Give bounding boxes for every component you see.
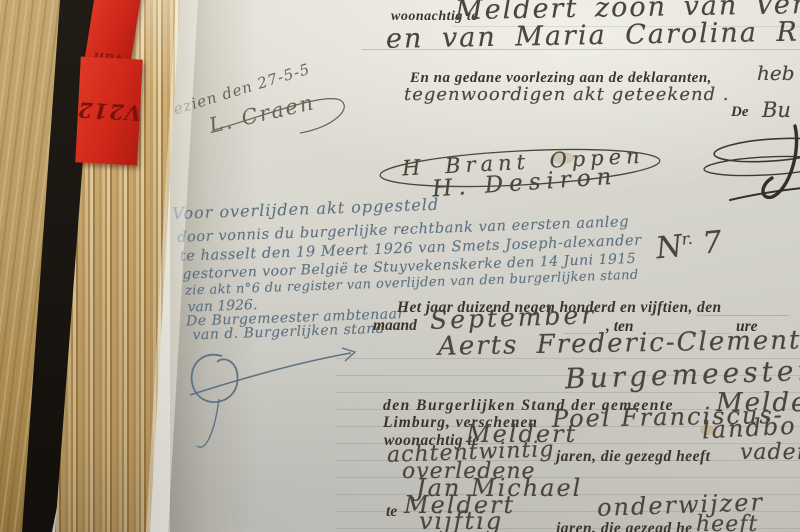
act-number-sup: r. [681,229,694,249]
blue-signature-stroke [190,353,351,395]
blue-signature-arrowhead [342,348,355,361]
handwritten-age2: vijftig [419,507,503,532]
act-number-value: 7 [701,225,724,262]
handwritten-signed-clause: tegenwoordigen akt geteekend . [404,84,730,105]
right-signature-underline [730,187,800,200]
red-tab-v212: V212 [75,56,142,165]
handwritten-relation: vader [740,440,800,465]
right-signature-loop [704,154,800,178]
act-number-prefix: N [654,229,684,267]
handwritten-age2-written: heeft [696,512,758,532]
act-number: Nr. 7 [654,225,723,267]
photo: woonachtig te Meldert zoon van Ven en va… [0,0,800,532]
right-signature-loop [713,135,800,165]
right-signature-stem [763,126,797,197]
blue-note-line1: Voor overlijden akt opgesteld [172,195,439,223]
printed-te: te [386,503,397,521]
printed-age-suffix: jaren, die gezegd heeft [556,448,710,466]
handwritten-mother-line: en van Maria Carolina Ro [386,16,800,55]
printed-age2-suffix: jaren, die gezegd he [556,520,693,532]
red-tab-label: V212 [76,97,141,125]
blue-signature-loop [192,355,238,402]
blue-signature-descender [197,399,219,447]
printed-de: De [731,104,749,121]
handwritten-heb: heb [757,61,795,85]
printed-month-label: maand [373,317,417,335]
handwritten-burgemeester-start: Bu [762,98,791,122]
